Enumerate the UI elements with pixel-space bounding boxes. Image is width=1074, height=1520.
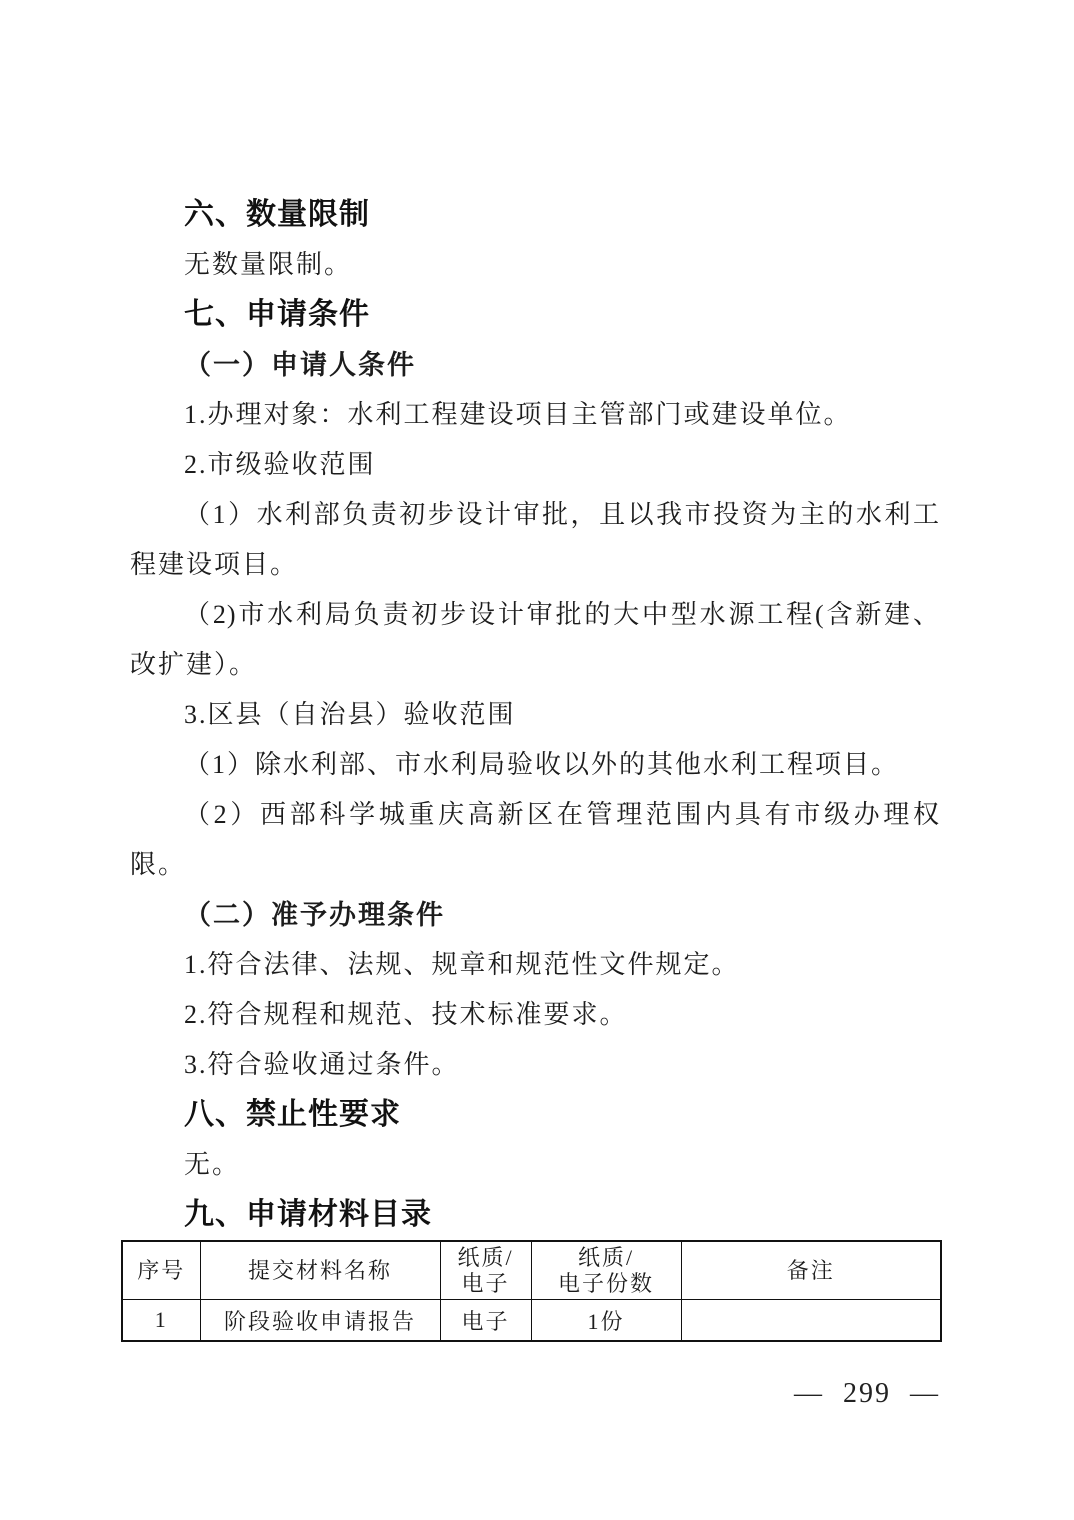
section-6-body: 无数量限制。: [130, 240, 940, 290]
section-7-item-2: 2.市级验收范围: [130, 440, 940, 490]
table-header-index: 序号: [122, 1241, 200, 1300]
table-cell-remarks: [681, 1300, 941, 1342]
section-7-item-2-2-line-1: （2)市水利局负责初步设计审批的大中型水源工程(含新建、: [130, 590, 940, 640]
table-header-material-name: 提交材料名称: [200, 1241, 440, 1300]
section-7-condition-2: 2.符合规程和规范、技术标准要求。: [130, 990, 940, 1040]
section-7-heading: 七、申请条件: [130, 290, 940, 340]
materials-table-row-1: 1 阶段验收申请报告 电子 1份: [122, 1300, 941, 1342]
section-7-item-2-1-line-1: （1）水利部负责初步设计审批，且以我市投资为主的水利工: [130, 490, 940, 540]
table-header-copies: 纸质/ 电子份数: [531, 1241, 681, 1300]
document-content: 六、数量限制 无数量限制。 七、申请条件 （一）申请人条件 1.办理对象：水利工…: [130, 190, 940, 1412]
table-cell-index: 1: [122, 1300, 200, 1342]
section-7-item-3: 3.区县（自治县）验收范围: [130, 690, 940, 740]
table-cell-paper-or-electronic: 电子: [440, 1300, 531, 1342]
section-7-subheading-1: （一）申请人条件: [130, 340, 940, 390]
table-cell-material-name: 阶段验收申请报告: [200, 1300, 440, 1342]
section-9-heading: 九、申请材料目录: [130, 1190, 940, 1240]
section-6-heading: 六、数量限制: [130, 190, 940, 240]
section-7-condition-3: 3.符合验收通过条件。: [130, 1040, 940, 1090]
page-number: — 299 —: [130, 1376, 940, 1412]
section-8-heading: 八、禁止性要求: [130, 1090, 940, 1140]
materials-table: 序号 提交材料名称 纸质/ 电子 纸质/ 电子份数 备注 1 阶段验收申请报告 …: [121, 1240, 942, 1342]
section-8-body: 无。: [130, 1140, 940, 1190]
table-header-remarks: 备注: [681, 1241, 941, 1300]
section-7-condition-1: 1.符合法律、法规、规章和规范性文件规定。: [130, 940, 940, 990]
section-7-item-3-2-line-2: 限。: [130, 840, 940, 890]
section-7-item-1: 1.办理对象：水利工程建设项目主管部门或建设单位。: [130, 390, 940, 440]
section-7-item-3-1: （1）除水利部、市水利局验收以外的其他水利工程项目。: [130, 740, 940, 790]
table-cell-copies: 1份: [531, 1300, 681, 1342]
section-7-item-2-2-line-2: 改扩建）。: [130, 640, 940, 690]
section-7-subheading-2: （二）准予办理条件: [130, 890, 940, 940]
section-7-item-3-2-line-1: （2）西部科学城重庆高新区在管理范围内具有市级办理权: [130, 790, 940, 840]
document-page: 六、数量限制 无数量限制。 七、申请条件 （一）申请人条件 1.办理对象：水利工…: [0, 0, 1074, 1520]
section-7-item-2-1-line-2: 程建设项目。: [130, 540, 940, 590]
materials-table-header-row: 序号 提交材料名称 纸质/ 电子 纸质/ 电子份数 备注: [122, 1241, 941, 1300]
table-header-paper-or-electronic: 纸质/ 电子: [440, 1241, 531, 1300]
